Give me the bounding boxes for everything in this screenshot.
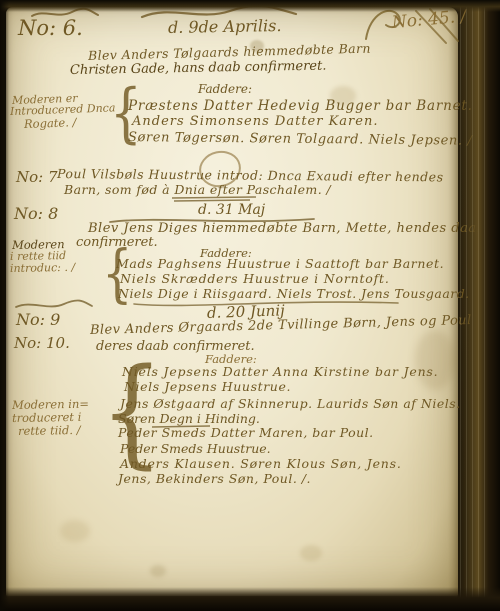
entry9-faddere-line6: Peder Smeds Huustrue. [120, 441, 271, 456]
frame-shadow-top [0, 0, 500, 12]
entry8-faddere-line1: Mads Paghsens Huustrue i Saattoft bar Ba… [116, 256, 444, 271]
entry6-faddere-label: Faddere: [198, 82, 252, 96]
entry9-margin-note-line3: rette tiid. / [18, 423, 81, 438]
entry6-number: No: 6. [18, 16, 83, 40]
frame-shadow-left [0, 0, 9, 611]
entry8-margin-note-line3: introduc: . / [10, 261, 75, 275]
entry9-faddere-line3: Jens Østgaard af Skinnerup. Laurids Søn … [120, 396, 461, 411]
entry9-number: No: 9 [16, 310, 60, 329]
entry8-body-line1: Blev Jens Diges hiemmedøbte Barn, Mette,… [88, 221, 485, 236]
page-date-heading: d. 9de Aprilis. [168, 16, 282, 37]
page-edges-texture [460, 0, 490, 611]
entry6-margin-note-line3: Rogate. / [24, 115, 77, 131]
entry9-faddere-line2: Niels Jepsens Huustrue. [124, 379, 291, 394]
entry7-number: No: 7 [16, 168, 58, 186]
entry8-number: No: 8 [14, 204, 58, 223]
frame-shadow-bottom [0, 587, 500, 611]
entry6-faddere-line2: Anders Simonsens Datter Karen. [132, 114, 378, 129]
entry9-faddere-line8: Jens, Bekinders Søn, Poul. /. [118, 471, 311, 486]
entry10-number: No: 10. [14, 334, 70, 352]
entry9-faddere-line7: Anders Klausen. Søren Klous Søn, Jens. [120, 456, 402, 471]
entry8-faddere-line2: Niels Skrædders Huustrue i Norntoft. [120, 271, 390, 286]
entry9-faddere-line5: Peder Smeds Datter Maren, bar Poul. [118, 425, 374, 440]
manuscript-scan: No: 6. d. 9de Aprilis. No: 45. / Blev An… [0, 0, 500, 611]
entry6-faddere-line1: Præstens Datter Hedevig Bugger bar Barne… [128, 98, 473, 114]
entry9-faddere-line1: Niels Jepsens Datter Anna Kirstine bar J… [122, 364, 438, 379]
